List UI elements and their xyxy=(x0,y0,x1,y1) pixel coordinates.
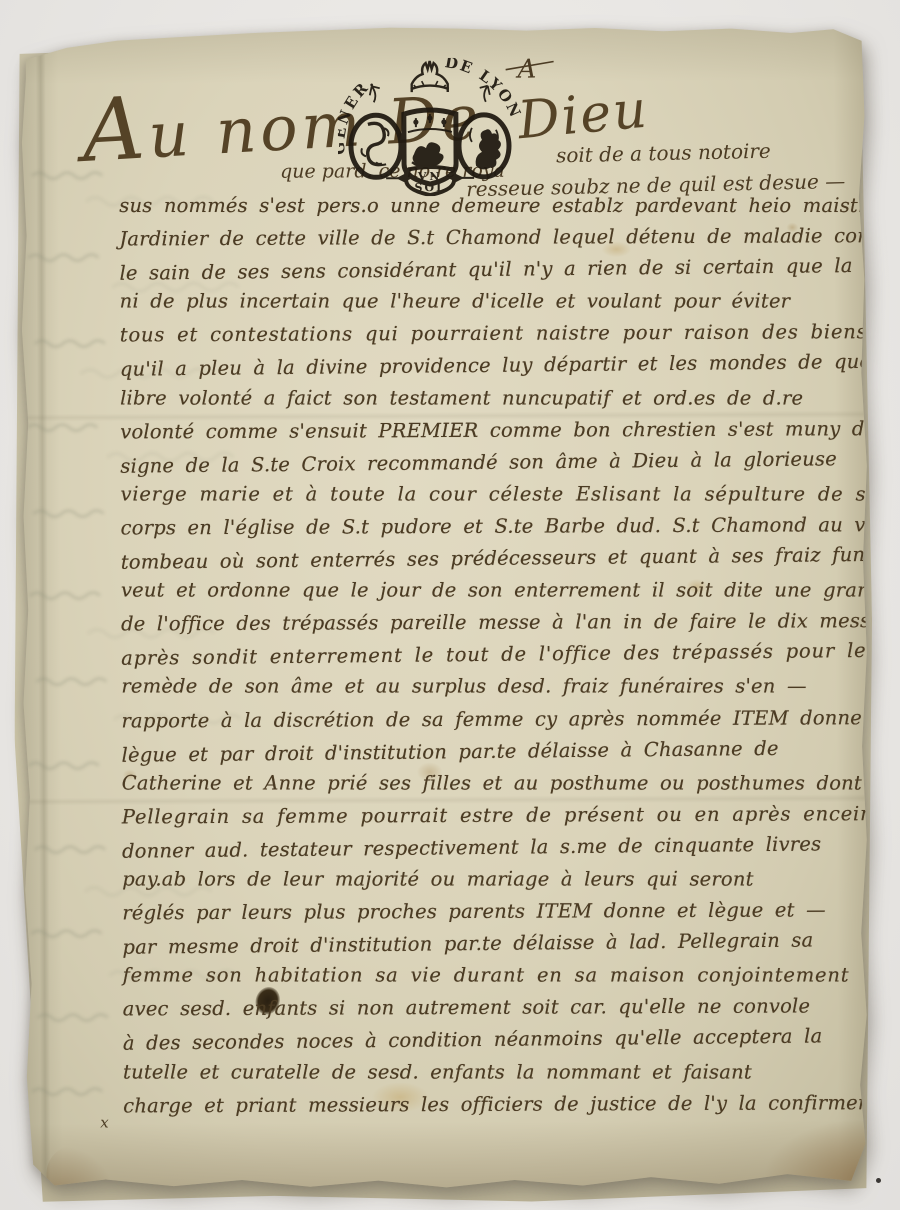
manuscript-line: à des secondes noces à condition néanmoi… xyxy=(123,1024,885,1064)
photograph-of-manuscript: Au nom De Dieu A soit de a tous notoire … xyxy=(0,0,900,1210)
manuscript-line: remède de son âme et au surplus desd. fr… xyxy=(121,675,883,707)
manuscript-line: qu'il a pleu à la divine providence luy … xyxy=(120,350,882,390)
manuscript-line: femme son habitation sa vie durant en sa… xyxy=(123,964,885,996)
manuscript-line: rapporte à la discrétion de sa femme cy … xyxy=(121,706,883,741)
manuscript-line: vierge marie et à toute la cour céleste … xyxy=(121,483,883,515)
heading-dieu: Dieu xyxy=(515,80,651,152)
manuscript-line: après sondit enterrement le tout de l'of… xyxy=(121,639,883,679)
manuscript-line: donner aud. testateur respectivement la … xyxy=(122,832,884,872)
manuscript-line: charge et priant messieurs les officiers… xyxy=(123,1091,885,1126)
browned-edge-bottom-left xyxy=(46,1145,116,1210)
manuscript-line: volonté comme s'ensuit PREMIER comme bon… xyxy=(120,417,882,452)
tax-stamp-generalite-de-lyon: GENER. DE LYON VN SOL xyxy=(338,58,523,197)
manuscript-line: tutelle et curatelle de sesd. enfants la… xyxy=(123,1060,885,1092)
browned-edge-bottom-right xyxy=(762,1118,892,1195)
manuscript-line: par mesme droit d'institution par.te dél… xyxy=(122,928,884,968)
manuscript-line: signe de la S.te Croix recommandé son âm… xyxy=(120,447,882,487)
manuscript-page: Au nom De Dieu A soit de a tous notoire … xyxy=(15,22,872,1194)
manuscript-line: Catherine et Anne prié ses filles et au … xyxy=(122,771,884,803)
manuscript-line: libre volonté a faict son testament nunc… xyxy=(120,386,882,418)
manuscript-line: pay.ab lors de leur majorité ou mariage … xyxy=(122,868,884,900)
background-speck xyxy=(876,1178,881,1183)
stamp-denomination-sol: SOL xyxy=(415,181,446,194)
manuscript-line: tombeau où sont enterrés ses prédécesseu… xyxy=(121,543,883,583)
manuscript-line: le sain de ses sens considérant qu'il n'… xyxy=(119,254,881,294)
heading-initial: A xyxy=(79,78,151,182)
manuscript-line: lègue et par droit d'institution par.te … xyxy=(121,735,883,775)
opening-fragment-right: soit de a tous notoire xyxy=(556,139,771,168)
margin-mark: x xyxy=(100,1113,109,1131)
manuscript-line: ni de plus incertain que l'heure d'icell… xyxy=(120,290,882,322)
manuscript-body: sus nommés s'est pers.o unne demeure est… xyxy=(119,192,885,1126)
manuscript-line: veut et ordonne que le jour de son enter… xyxy=(121,579,883,611)
paper-wrap: Au nom De Dieu A soit de a tous notoire … xyxy=(0,0,900,1210)
manuscript-line: sus nommés s'est pers.o unne demeure est… xyxy=(119,194,881,226)
